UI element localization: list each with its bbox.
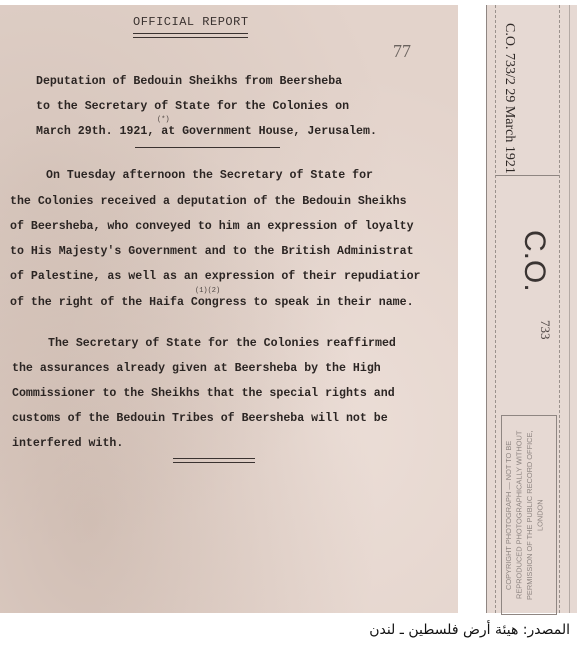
document-heading: OFFICIAL REPORT — [133, 15, 249, 29]
colonial-office-mark: C.O. — [517, 230, 551, 292]
paragraph-line: of the right of the Haifa Congress to sp… — [10, 296, 414, 309]
paragraph-line: On Tuesday afternoon the Secretary of St… — [46, 169, 373, 182]
subject-underline — [135, 147, 280, 148]
archive-reference-strip: C.O. 733/2 29 March 1921 C.O. 733 COPYRI… — [486, 5, 577, 613]
paragraph-line: the assurances already given at Beersheb… — [12, 362, 381, 375]
end-of-text-rule — [173, 458, 255, 463]
paragraph-line: Commissioner to the Sheikhs that the spe… — [12, 387, 395, 400]
heading-double-underline — [133, 33, 248, 38]
file-number: 733 — [537, 320, 553, 340]
strip-guide-line — [569, 5, 570, 613]
strip-guide-line — [559, 5, 560, 613]
strip-divider — [495, 175, 559, 176]
paragraph-line: customs of the Bedouin Tribes of Beershe… — [12, 412, 388, 425]
paragraph-line: The Secretary of State for the Colonies … — [48, 337, 396, 350]
footnote-mark: (1)(2) — [195, 287, 220, 295]
paragraph-line: of Palestine, as well as an expression o… — [10, 270, 421, 283]
archival-document-photo: OFFICIAL REPORT 77 Deputation of Bedouin… — [0, 5, 458, 613]
subject-line: Deputation of Bedouin Sheikhs from Beers… — [36, 75, 342, 88]
paragraph-line: to His Majesty's Government and to the B… — [10, 245, 414, 258]
footnote-mark: (*) — [157, 116, 170, 124]
paragraph-line: the Colonies received a deputation of th… — [10, 195, 407, 208]
folio-number: 77 — [393, 41, 411, 62]
subject-line: to the Secretary of State for the Coloni… — [36, 100, 349, 113]
source-caption: المصدر: هيئة أرض فلسطين ـ لندن — [369, 622, 570, 638]
archive-reference: C.O. 733/2 29 March 1921 — [499, 23, 517, 203]
copyright-stamp: COPYRIGHT PHOTOGRAPH — NOT TO BE REPRODU… — [501, 415, 557, 615]
paragraph-line: interfered with. — [12, 437, 123, 450]
paragraph-line: of Beersheba, who conveyed to him an exp… — [10, 220, 414, 233]
strip-guide-line — [495, 5, 496, 613]
subject-line: March 29th. 1921, at Government House, J… — [36, 125, 377, 138]
